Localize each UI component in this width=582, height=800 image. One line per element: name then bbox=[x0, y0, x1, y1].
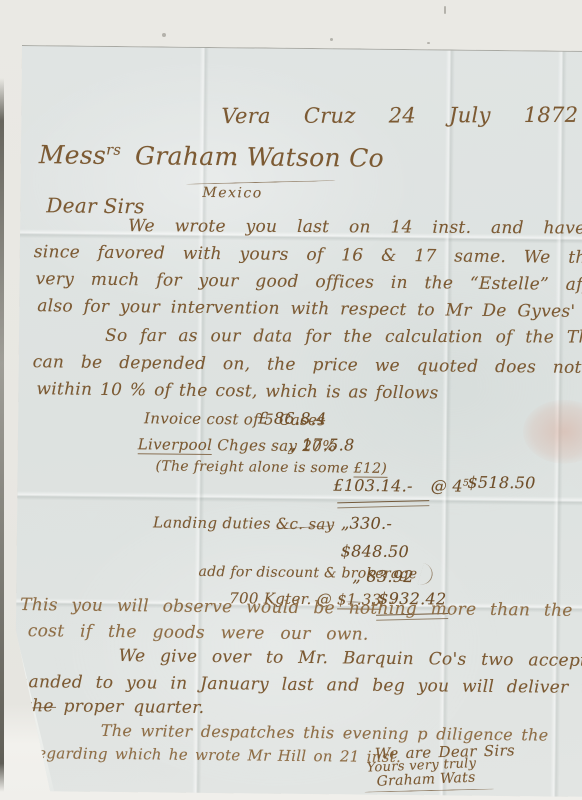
scanned-letter-page: Vera Cruz 24 July 1872 MessrsGraham Wats… bbox=[0, 0, 582, 800]
para3-line1: This you will observe would be nothing m… bbox=[20, 597, 582, 621]
signature: Graham Wats bbox=[376, 771, 475, 790]
para1-line1: We wrote you last on 14 inst. and have b… bbox=[128, 218, 582, 239]
para1-line4: also for your intervention with respect … bbox=[37, 298, 582, 322]
letter-paper: Vera Cruz 24 July 1872 MessrsGraham Wats… bbox=[14, 45, 582, 797]
dateline: Vera Cruz 24 July 1872 bbox=[221, 104, 578, 127]
speck-2 bbox=[330, 38, 333, 41]
account-row1-amount: £ 86.8.4 bbox=[258, 410, 327, 428]
brace-flourish bbox=[418, 563, 436, 588]
para4-line2: handed to you in January last and beg yo… bbox=[17, 674, 582, 698]
account-row7-amount: „ 83.92 bbox=[352, 568, 413, 585]
para4-line1: We give over to Mr. Barquin Co's two acc… bbox=[119, 648, 582, 671]
account-row5-label: Landing duties &c. say bbox=[153, 515, 335, 533]
account-row4-amount: $518.50 bbox=[467, 475, 535, 493]
addressee-line: MessrsGraham Watson Co bbox=[39, 142, 384, 172]
para2-line2: can be depended on, the price we quoted … bbox=[33, 354, 582, 378]
addressee-superscript: rs bbox=[106, 143, 121, 159]
para4-line3-rest: proper quarter. bbox=[63, 696, 204, 717]
account-row2-amount: „ 17.5.8 bbox=[288, 437, 355, 454]
addressee-prefix: Mess bbox=[39, 140, 107, 170]
para1-line2: since favored with yours of 16 & 17 same… bbox=[34, 244, 582, 268]
speck-3 bbox=[427, 42, 430, 44]
strikethrough-word: the bbox=[25, 696, 54, 716]
addressee-name: Graham Watson Co bbox=[135, 141, 384, 173]
account-row4-label: £103.14.-@ 45 bbox=[333, 477, 469, 496]
para2-line1: So far as our data for the calculation o… bbox=[105, 328, 582, 348]
account-row4-total: £103.14.- bbox=[333, 476, 413, 496]
para1-line3: very much for your good offices in the “… bbox=[35, 271, 582, 295]
account-row3-note: (The freight alone is some £12) bbox=[156, 459, 388, 476]
speck-4 bbox=[444, 6, 446, 14]
para4-line3: the proper quarter. bbox=[25, 698, 205, 718]
speck-1 bbox=[162, 33, 166, 37]
para2-line3: within 10 % of the cost, which is as fol… bbox=[36, 381, 438, 403]
account-row3-note-text: (The freight alone is some bbox=[156, 458, 350, 476]
paper-stain bbox=[523, 399, 582, 464]
double-underline-1 bbox=[337, 500, 429, 508]
account-row6-amount: $848.50 bbox=[341, 543, 409, 561]
fold-crease-horizontal-2 bbox=[17, 491, 582, 506]
account-row2-label-underlined: Liverpool bbox=[138, 435, 213, 455]
salutation: Dear Sirs bbox=[46, 195, 145, 217]
account-row4-rate: @ 4 bbox=[431, 477, 463, 496]
para5-line2: l regarding which he wrote Mr Hill on 21… bbox=[17, 746, 401, 766]
account-row5-amount: „330.- bbox=[341, 515, 392, 532]
scanner-edge-shadow bbox=[0, 78, 4, 792]
para3-line2: cost if the goods were our own. bbox=[28, 623, 369, 644]
address-city: Mexico bbox=[202, 186, 262, 201]
